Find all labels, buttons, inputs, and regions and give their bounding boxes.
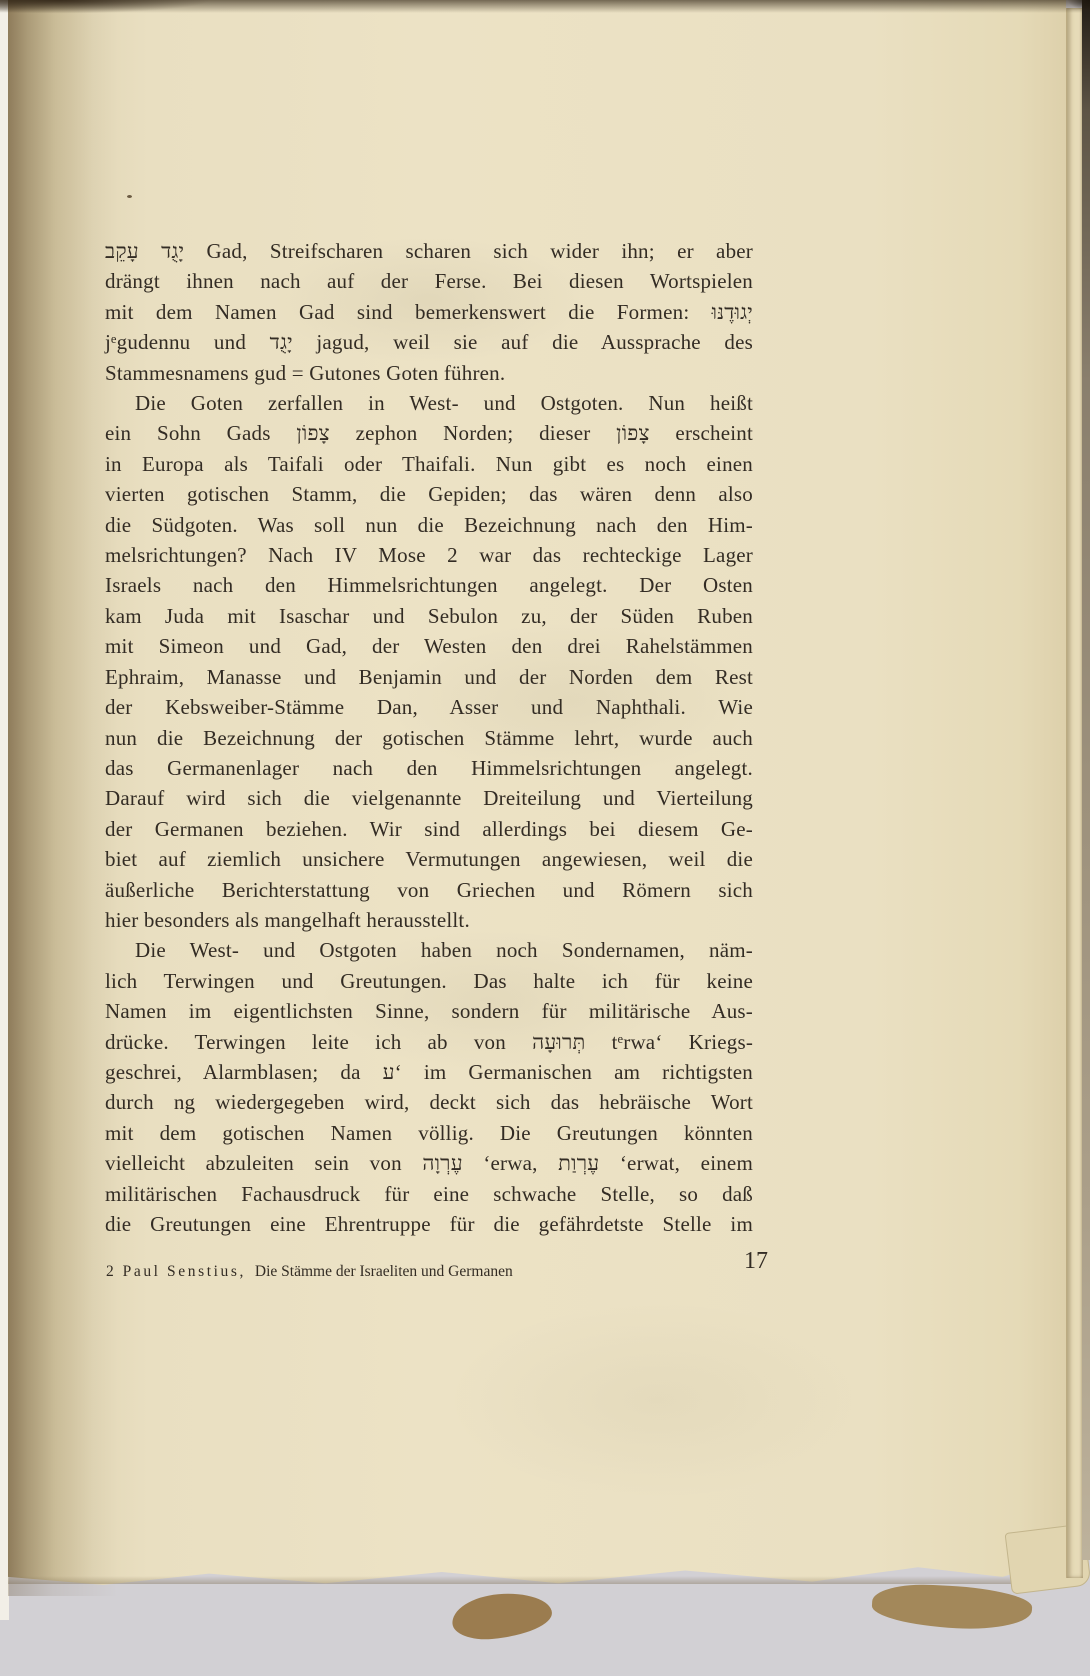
text-line: Namen im eigentlichsten Sinne, sondern f… [105, 996, 753, 1026]
text-line: vielleicht abzuleiten sein von עֶרְוָה ‘… [105, 1148, 753, 1178]
top-edge-smudge-left [0, 0, 300, 22]
text-line: der Germanen beziehen. Wir sind allerdin… [105, 814, 753, 844]
footer-signature-line: 2 Paul Senstius, Die Stämme der Israelit… [106, 1263, 513, 1281]
text-line: nun die Bezeichnung der gotischen Stämme… [105, 723, 753, 753]
paper-speck [127, 195, 132, 198]
text-line: יָגֻד עָקֵב Gad, Streifscharen scharen s… [105, 236, 753, 266]
torn-paper-chunk [871, 1582, 1033, 1632]
signature-number: 2 [106, 1263, 114, 1280]
book-edge-shadow-right [1082, 0, 1090, 1560]
text-line: der Kebsweiber-Stämme Dan, Asser und Nap… [105, 692, 753, 722]
top-right-corner-shadow [1056, 0, 1090, 16]
text-line: vierten gotischen Stamm, die Gepiden; da… [105, 479, 753, 509]
text-line: jᵉgudennu und יָגֻד jagud, weil sie auf … [105, 327, 753, 357]
torn-paper-chunk [450, 1590, 553, 1643]
text-line: Israels nach den Himmelsrichtungen angel… [105, 570, 753, 600]
scanner-edge-sliver [0, 0, 9, 1620]
text-line: durch ng wiedergegeben wird, deckt sich … [105, 1087, 753, 1117]
footer-work-title: Die Stämme der Israeliten und Germanen [255, 1263, 513, 1280]
text-line: hier besonders als mangelhaft herausstel… [105, 905, 753, 935]
text-line: militärischen Fachausdruck für eine schw… [105, 1179, 753, 1209]
body-text: יָגֻד עָקֵב Gad, Streifscharen scharen s… [105, 236, 753, 1239]
footer-author: Paul Senstius, [123, 1263, 246, 1280]
text-line: ein Sohn Gads צָפוֹן zephon Norden; dies… [105, 418, 753, 448]
text-line: Die West- und Ostgoten haben noch Sonder… [105, 935, 753, 965]
text-line: lich Terwingen und Greutungen. Das halte… [105, 966, 753, 996]
text-line: mit dem gotischen Namen völlig. Die Greu… [105, 1118, 753, 1148]
text-line: Darauf wird sich die vielgenannte Dreite… [105, 783, 753, 813]
scanned-book-page: יָגֻד עָקֵב Gad, Streifscharen scharen s… [0, 0, 1090, 1676]
text-line: drücke. Terwingen leite ich ab von תְּרו… [105, 1027, 753, 1057]
text-line: die Greutungen eine Ehrentruppe für die … [105, 1209, 753, 1239]
text-line: äußerliche Berichterstattung von Grieche… [105, 875, 753, 905]
page-number: 17 [744, 1248, 768, 1275]
paragraph: Die Goten zerfallen in West- und Ostgote… [105, 388, 753, 935]
text-line: geschrei, Alarmblasen; da ע‘ im Germanis… [105, 1057, 753, 1087]
page-bottom-edge-shadow [8, 1576, 1066, 1584]
text-line: melsrichtungen? Nach IV Mose 2 war das r… [105, 540, 753, 570]
text-line: die Südgoten. Was soll nun die Bezeichnu… [105, 510, 753, 540]
text-line: kam Juda mit Isaschar und Sebulon zu, de… [105, 601, 753, 631]
text-line: Ephraim, Manasse und Benjamin und der No… [105, 662, 753, 692]
page-edge-stack-right [1066, 8, 1083, 1578]
text-line: in Europa als Taifali oder Thaifali. Nun… [105, 449, 753, 479]
text-line: mit dem Namen Gad sind bemerkenswert die… [105, 297, 753, 327]
paragraph: יָגֻד עָקֵב Gad, Streifscharen scharen s… [105, 236, 753, 388]
text-line: Stammesnamens gud = Gutones Goten führen… [105, 358, 753, 388]
text-line: Die Goten zerfallen in West- und Ostgote… [105, 388, 753, 418]
text-line: mit Simeon und Gad, der Westen den drei … [105, 631, 753, 661]
text-line: biet auf ziemlich unsichere Vermutungen … [105, 844, 753, 874]
text-line: drängt ihnen nach auf der Ferse. Bei die… [105, 266, 753, 296]
paragraph: Die West- und Ostgoten haben noch Sonder… [105, 935, 753, 1239]
text-line: das Germanenlager nach den Himmelsrichtu… [105, 753, 753, 783]
